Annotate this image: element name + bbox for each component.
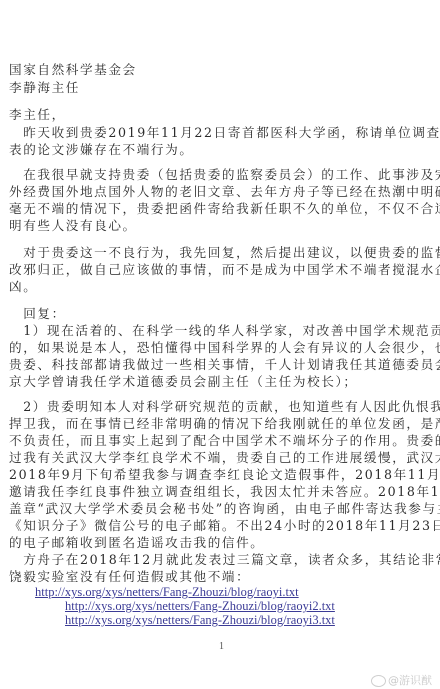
paragraph-2-line: 外经费国外地点国外人物的老旧文章、去年方舟子等已经在热潮中明确我实验室 — [9, 184, 440, 200]
salutation: 李主任， — [9, 107, 66, 123]
link-raoyi3[interactable]: http://xys.org/xys/netters/Fang-Zhouzi/b… — [65, 613, 335, 627]
paragraph-3-line: 凶。 — [9, 279, 37, 295]
paragraph-5-line: 过我有关武汉大学李红良学术不端，贵委自己的工作进展缓慢，武汉大学在 — [9, 450, 440, 466]
watermark: @游识猷 — [371, 672, 432, 688]
paragraph-5-line: 邀请我任李红良事件独立调查组组长，我因太忙并未答应。2018年11月22日 — [9, 484, 440, 500]
reply-heading: 回复： — [9, 306, 66, 322]
paragraph-5-line: 《知识分子》微信公号的电子邮箱。不出24小时的2018年11月23日，很多人 — [9, 518, 440, 534]
recipient-name: 李静海主任 — [9, 80, 80, 96]
page-number: 1 — [219, 641, 224, 652]
paragraph-4-line: 的，如果说是本人，恐怕懂得中国科学界的人会有异议的人会很少，也就不奇怪 — [9, 340, 440, 356]
paragraph-5-line: 2）贵委明知本人对科学研究规范的贡献，也知道些有人因此仇恨我，不仅不 — [9, 399, 440, 415]
paragraph-4-line: 1）现在活着的、在科学一线的华人科学家，对改善中国学术规范贡献最多 — [9, 323, 440, 339]
paragraph-2-line: 明有些人没有良心。 — [9, 218, 137, 234]
paragraph-6-line: 方舟子在2018年12月就此发表过三篇文章，读者众多，其结论非常清楚： — [9, 552, 440, 568]
paragraph-4-line: 贵委、科技部都请我做过一些相关事情，千人计划请我任其道德委员会主任、北 — [9, 357, 440, 373]
paragraph-2-line: 毫无不端的情况下，贵委把函件寄给我新任职不久的单位，不仅不合适，而且说 — [9, 201, 440, 217]
paragraph-3-line: 改邪归正，做自己应该做的事情，而不是成为中国学术不端者搅混水企图的帮 — [9, 262, 440, 278]
paragraph-4-line: 京大学曾请我任学术道德委员会副主任（主任为校长）； — [9, 374, 358, 390]
paragraph-5-line: 盖章“武汉大学学术委员会秘书处”的咨询函，由电子邮件寄达我参与主编的 — [9, 501, 440, 517]
paragraph-5-line: 的电子邮箱收到匿名造谣攻击我的信件。 — [9, 535, 265, 551]
watermark-text: @游识猷 — [388, 674, 432, 687]
link-raoyi[interactable]: http://xys.org/xys/netters/Fang-Zhouzi/b… — [35, 585, 299, 599]
paragraph-1-line: 表的论文涉嫌存在不端行为。 — [9, 142, 194, 158]
link-raoyi2[interactable]: http://xys.org/xys/netters/Fang-Zhouzi/b… — [65, 599, 335, 613]
paragraph-5-line: 不负责任，而且事实上起到了配合中国学术不端坏分子的作用。贵委的人员咨询 — [9, 433, 440, 449]
paragraph-5-line: 2018年9月下旬希望我参与调查李红良论文造假事件，2018年11月17日武大 — [9, 467, 440, 483]
weibo-logo-icon — [371, 675, 386, 687]
paragraph-2-line: 在我很早就支持贵委（包括贵委的监察委员会）的工作、此事涉及完全是国 — [9, 167, 440, 183]
recipient-org: 国家自然科学基金会 — [9, 62, 137, 78]
paragraph-1-line: 昨天收到贵委2019年11月22日寄首都医科大学函，称请单位调查所谓我发 — [9, 125, 440, 141]
letter-page: 国家自然科学基金会 李静海主任 李主任， 昨天收到贵委2019年11月22日寄首… — [0, 0, 440, 689]
paragraph-5-line: 捍卫我，而在事情已经非常明确的情况下给我刚就任的单位发函，是严重的工作 — [9, 416, 440, 432]
paragraph-6-line: 饶毅实验室没有任何造假或其他不端： — [9, 569, 250, 585]
paragraph-3-line: 对于贵委这一不良行为，我先回复，然后提出建议，以便贵委的监督委员会 — [9, 245, 440, 261]
